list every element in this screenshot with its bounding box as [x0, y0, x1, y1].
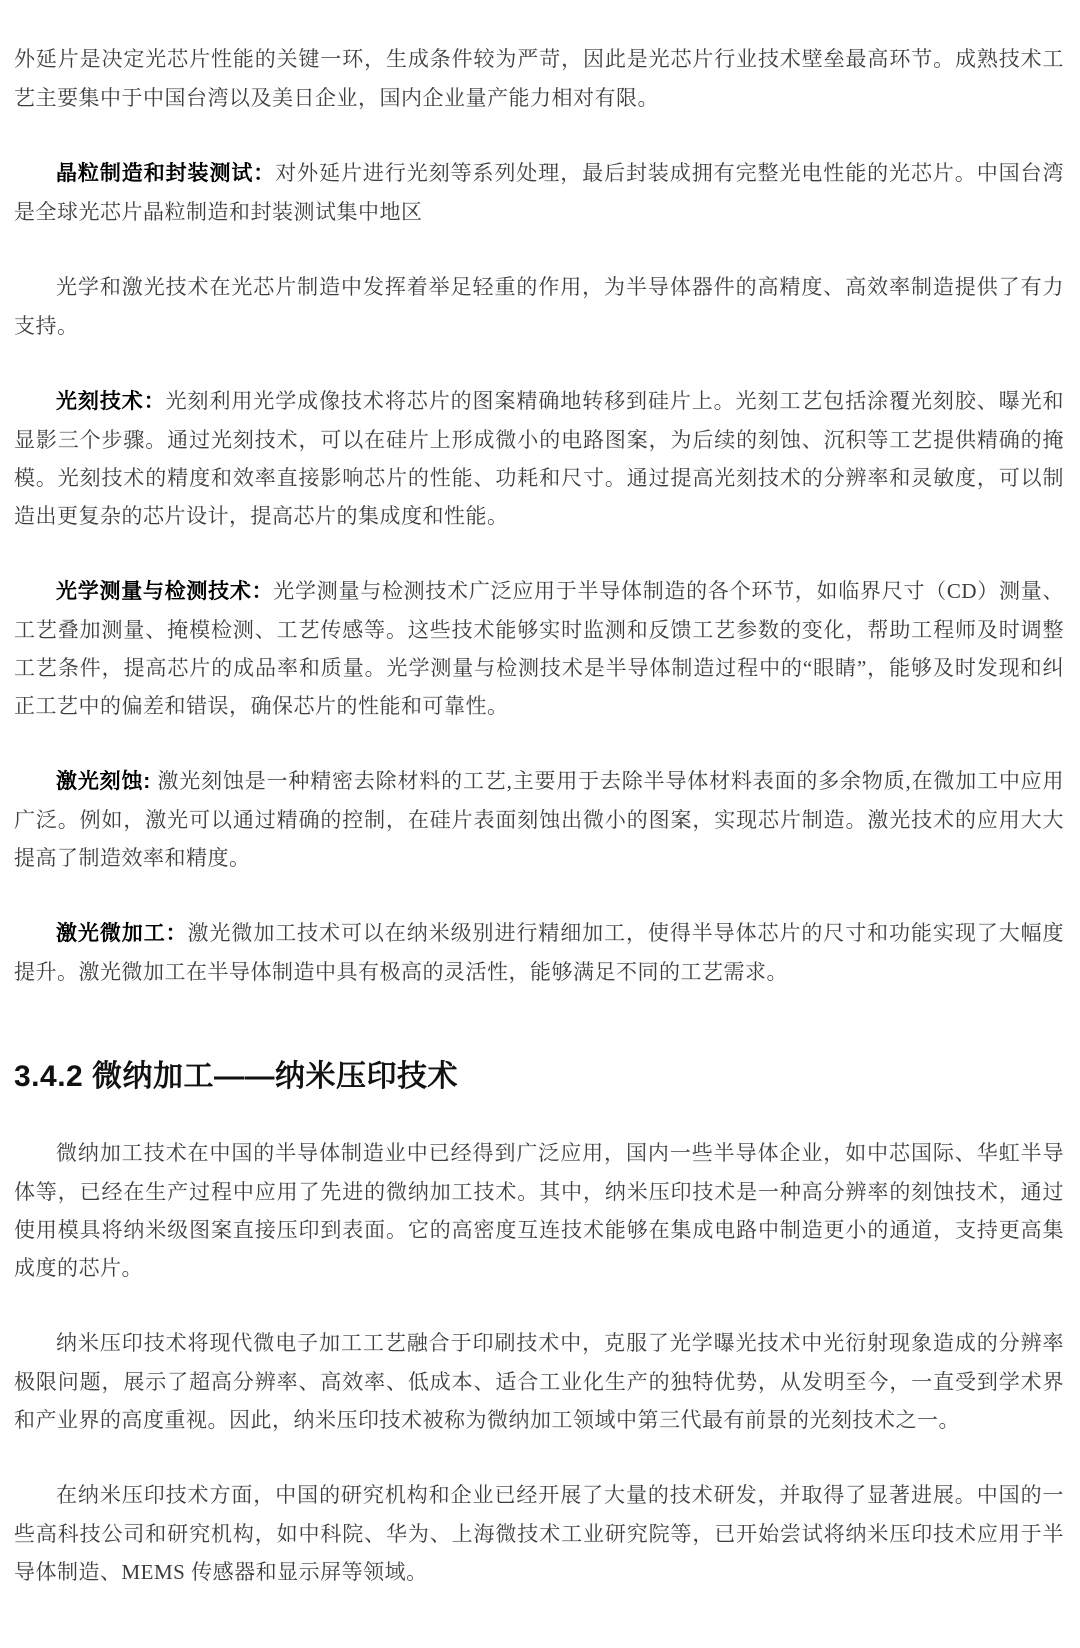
paragraph-text: 激光刻蚀是一种精密去除材料的工艺,主要用于去除半导体材料表面的多余物质,在微加工…	[14, 769, 1064, 870]
paragraph-laser-etching: 激光刻蚀: 激光刻蚀是一种精密去除材料的工艺,主要用于去除半导体材料表面的多余物…	[14, 762, 1064, 877]
paragraph-laser-micromachining: 激光微加工：激光微加工技术可以在纳米级别进行精细加工，使得半导体芯片的尺寸和功能…	[14, 914, 1064, 991]
paragraph-lead: 激光刻蚀:	[56, 770, 157, 793]
paragraph-text: 外延片是决定光芯片性能的关键一环，生成条件较为严苛，因此是光芯片行业技术壁垒最高…	[14, 47, 1064, 110]
paragraph-lithography: 光刻技术：光刻利用光学成像技术将芯片的图案精确地转移到硅片上。光刻工艺包括涂覆光…	[14, 382, 1064, 535]
section-heading: 3.4.2 微纳加工——纳米压印技术	[14, 1057, 1064, 1097]
paragraph-nanoimprint-advantages: 纳米压印技术将现代微电子加工工艺融合于印刷技术中，克服了光学曝光技术中光衍射现象…	[14, 1324, 1064, 1439]
paragraph-nanoimprint-china-progress: 在纳米压印技术方面，中国的研究机构和企业已经开展了大量的技术研发，并取得了显著进…	[14, 1476, 1064, 1591]
paragraph-optical-metrology: 光学测量与检测技术：光学测量与检测技术广泛应用于半导体制造的各个环节，如临界尺寸…	[14, 572, 1064, 725]
document-page: 外延片是决定光芯片性能的关键一环，生成条件较为严苛，因此是光芯片行业技术壁垒最高…	[14, 40, 1064, 1591]
paragraph-lead: 光刻技术：	[56, 390, 166, 413]
paragraph-die-packaging-testing: 晶粒制造和封装测试：对外延片进行光刻等系列处理，最后封装成拥有完整光电性能的光芯…	[14, 154, 1064, 231]
paragraph-optics-laser-role: 光学和激光技术在光芯片制造中发挥着举足轻重的作用，为半导体器件的高精度、高效率制…	[14, 268, 1064, 345]
paragraph-lead: 光学测量与检测技术：	[56, 580, 273, 603]
paragraph-text: 微纳加工技术在中国的半导体制造业中已经得到广泛应用，国内一些半导体企业，如中芯国…	[14, 1141, 1064, 1280]
paragraph-micro-nano-processing: 微纳加工技术在中国的半导体制造业中已经得到广泛应用，国内一些半导体企业，如中芯国…	[14, 1134, 1064, 1287]
paragraph-text: 在纳米压印技术方面，中国的研究机构和企业已经开展了大量的技术研发，并取得了显著进…	[14, 1483, 1064, 1584]
paragraph-lead: 晶粒制造和封装测试：	[56, 162, 275, 185]
paragraph-lead: 激光微加工：	[56, 922, 188, 945]
paragraph-epitaxial-wafer: 外延片是决定光芯片性能的关键一环，生成条件较为严苛，因此是光芯片行业技术壁垒最高…	[14, 40, 1064, 117]
paragraph-text: 纳米压印技术将现代微电子加工工艺融合于印刷技术中，克服了光学曝光技术中光衍射现象…	[14, 1331, 1064, 1432]
paragraph-text: 光学和激光技术在光芯片制造中发挥着举足轻重的作用，为半导体器件的高精度、高效率制…	[14, 275, 1064, 338]
paragraph-text: 光刻利用光学成像技术将芯片的图案精确地转移到硅片上。光刻工艺包括涂覆光刻胶、曝光…	[14, 389, 1064, 528]
